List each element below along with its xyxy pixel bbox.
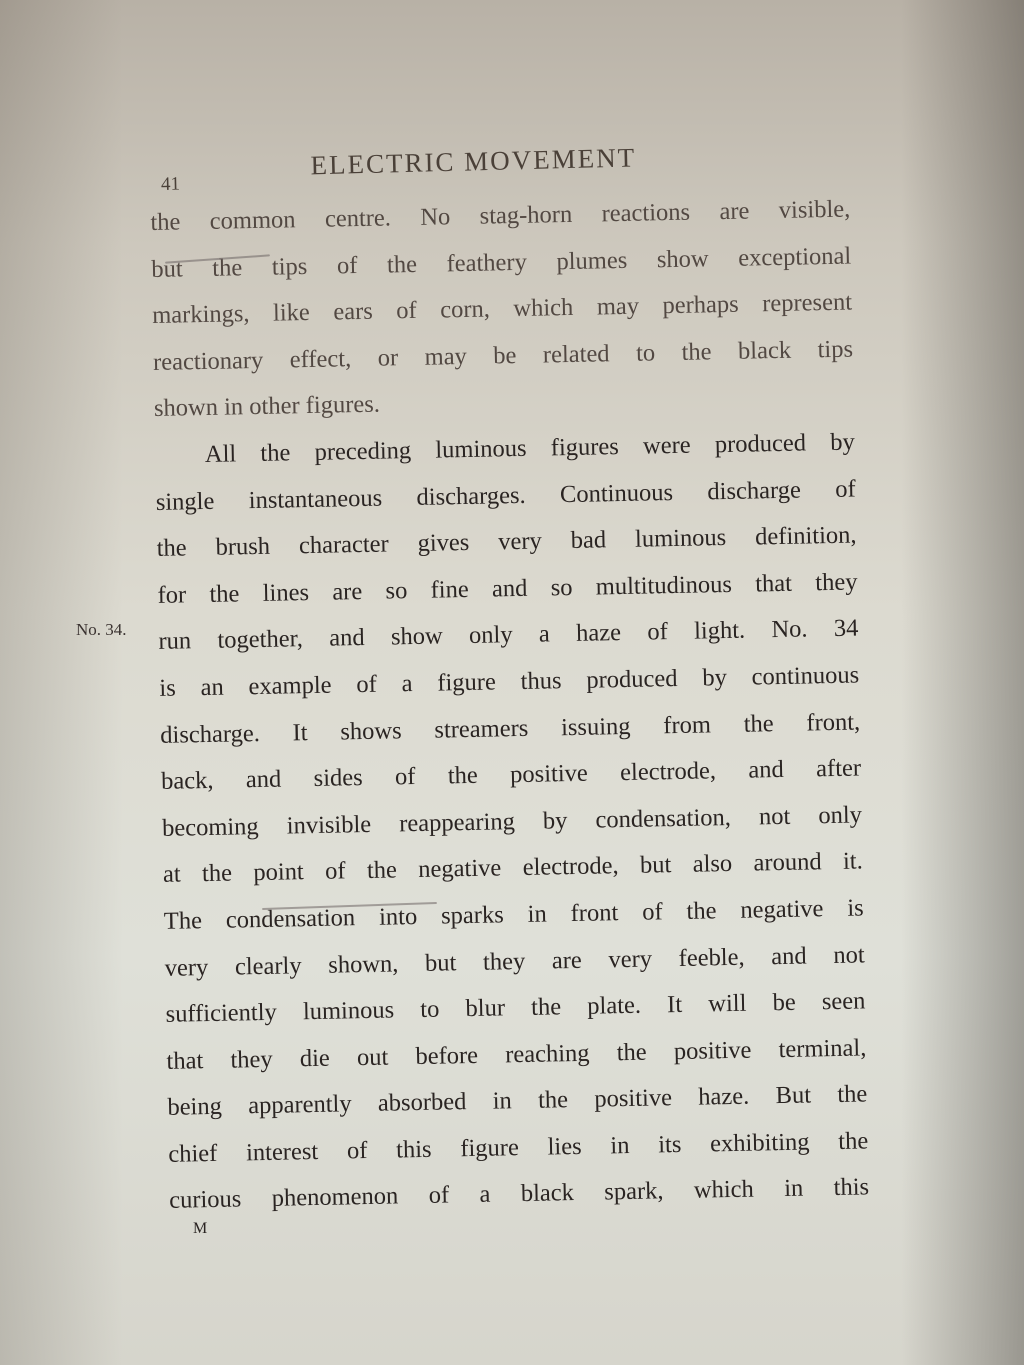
word: figures	[550, 424, 619, 472]
word: only	[469, 612, 513, 659]
word: represent	[762, 280, 853, 328]
word: lies	[547, 1124, 582, 1171]
word: tips	[817, 326, 853, 373]
word: electrode,	[620, 748, 717, 796]
word: of	[647, 609, 668, 656]
word: invisible	[286, 802, 371, 850]
word: in	[527, 891, 547, 938]
word: a	[479, 1172, 491, 1219]
word: brush	[215, 524, 270, 572]
word: 34	[833, 606, 858, 653]
word: this	[396, 1127, 432, 1174]
word: All	[204, 431, 236, 478]
body-text: thecommoncentre.Nostag-hornreactionsarev…	[150, 187, 870, 1225]
word: be	[493, 333, 517, 380]
word: reactionary	[153, 338, 264, 387]
word: definition,	[755, 513, 857, 562]
word: haze	[576, 610, 622, 657]
word: sufficiently	[165, 990, 277, 1039]
word: they	[230, 1036, 273, 1083]
word: terminal,	[778, 1025, 867, 1073]
word: or	[377, 335, 398, 382]
word: from	[663, 702, 712, 749]
word: in	[492, 1079, 512, 1126]
word: black	[520, 1171, 574, 1219]
word: common	[209, 197, 296, 245]
word: ears	[333, 289, 373, 336]
word: luminous	[302, 988, 394, 1036]
word: continuous	[751, 652, 859, 701]
word: but	[151, 246, 183, 293]
word: negative	[740, 886, 824, 934]
word: blur	[465, 985, 505, 1032]
word: of	[347, 1128, 368, 1175]
word: centre.	[324, 195, 391, 243]
text-fragment: shown in other figures.	[154, 382, 381, 433]
word: that	[755, 561, 793, 608]
word: issuing	[561, 703, 631, 751]
word: discharges.	[416, 472, 526, 521]
word: of	[642, 889, 663, 936]
word: not	[759, 794, 791, 841]
signature-mark: M	[193, 1220, 207, 1238]
word: haze.	[698, 1074, 750, 1122]
word: back,	[161, 758, 214, 806]
word: by	[702, 655, 727, 702]
word: which	[513, 285, 574, 333]
word: curious	[169, 1177, 242, 1225]
word: a	[538, 612, 550, 659]
word: character	[299, 522, 390, 570]
word: electrode,	[522, 843, 619, 891]
word: produced	[586, 656, 678, 704]
word: effect,	[289, 336, 351, 384]
word: by	[542, 798, 567, 845]
word: the	[838, 1118, 869, 1165]
word: reappearing	[399, 799, 515, 848]
word: plate.	[587, 983, 642, 1031]
word: so	[385, 568, 408, 615]
word: die	[299, 1035, 330, 1082]
word: so	[550, 565, 573, 612]
word: sparks	[441, 892, 504, 940]
word: front	[570, 890, 619, 937]
word: are	[719, 188, 750, 235]
word: interest	[246, 1129, 319, 1177]
word: related	[542, 331, 610, 379]
word: No.	[771, 607, 808, 654]
word: before	[415, 1033, 478, 1081]
word: a	[401, 661, 413, 708]
word: of	[835, 466, 856, 513]
word: the	[212, 245, 243, 292]
word: It	[667, 982, 683, 1029]
word: discharge	[707, 467, 801, 515]
word: very	[608, 936, 652, 983]
page-header: 41 ELECTRIC MOVEMENT	[160, 129, 840, 146]
word: an	[200, 665, 224, 712]
word: like	[273, 290, 311, 337]
word: markings,	[152, 291, 250, 339]
word: the	[209, 571, 240, 618]
running-head: ELECTRIC MOVEMENT	[310, 142, 636, 181]
word: spark,	[604, 1169, 664, 1217]
word: and	[748, 747, 784, 794]
word: condensation,	[595, 795, 731, 844]
word: chief	[168, 1131, 218, 1179]
word: show	[656, 236, 709, 284]
marginal-figure-note: No. 34.	[76, 620, 127, 640]
word: this	[833, 1165, 869, 1212]
word: exceptional	[738, 233, 852, 282]
word: the	[367, 848, 398, 895]
word: around	[753, 840, 822, 888]
word: it.	[843, 839, 864, 886]
word: is	[159, 666, 176, 713]
word: tips	[271, 244, 307, 291]
word: its	[658, 1122, 682, 1169]
word: exhibiting	[710, 1119, 810, 1167]
word: It	[292, 710, 308, 757]
word: positive	[673, 1027, 751, 1075]
word: positive	[510, 751, 588, 799]
word: be	[772, 980, 796, 1027]
word: becoming	[162, 804, 260, 852]
word: by	[830, 419, 855, 466]
word: not	[833, 932, 865, 979]
word: single	[155, 478, 214, 526]
word: condensation	[225, 895, 355, 944]
word: very	[164, 945, 208, 992]
word: perhaps	[662, 282, 739, 330]
word: very	[498, 519, 542, 566]
word: the	[681, 329, 712, 376]
word: in	[610, 1123, 630, 1170]
word: plumes	[556, 237, 628, 285]
word: apparently	[248, 1082, 352, 1131]
word: clearly	[235, 943, 303, 991]
word: the	[150, 199, 181, 246]
word: feeble,	[678, 934, 745, 982]
word: but	[640, 842, 672, 889]
word: the	[616, 1029, 647, 1076]
word: may	[424, 334, 467, 381]
word: the	[531, 984, 562, 1031]
word: run	[158, 619, 192, 666]
word: The	[163, 898, 202, 945]
word: corn,	[440, 287, 491, 335]
word: for	[157, 572, 186, 619]
word: visible,	[778, 187, 850, 235]
book-page: 41 ELECTRIC MOVEMENT thecommoncentre.Nos…	[0, 0, 1024, 1365]
word: light.	[694, 608, 746, 656]
word: of	[395, 754, 416, 801]
word: being	[167, 1084, 222, 1132]
word: together,	[217, 616, 303, 664]
word: of	[356, 662, 377, 709]
word: streamers	[434, 705, 529, 753]
page-number: 41	[161, 174, 181, 196]
word: black	[738, 328, 792, 376]
word: out	[357, 1034, 389, 1081]
word: into	[379, 894, 418, 941]
word: and	[771, 933, 807, 980]
word: and	[492, 566, 528, 613]
word: are	[332, 569, 363, 616]
word: may	[596, 284, 639, 331]
word: No	[420, 194, 451, 241]
word: shown,	[328, 941, 399, 989]
word: shows	[340, 708, 402, 756]
word: to	[636, 330, 656, 377]
word: produced	[714, 420, 806, 468]
word: Continuous	[560, 470, 674, 519]
word: phenomenon	[271, 1174, 398, 1223]
word: reactions	[601, 190, 690, 238]
word: seen	[821, 979, 865, 1026]
word: the	[447, 753, 478, 800]
word: feathery	[446, 239, 527, 287]
word: stag-horn	[479, 192, 572, 240]
word: discharge.	[160, 711, 260, 759]
word: luminous	[635, 515, 727, 563]
word: which	[693, 1167, 754, 1215]
word: positive	[594, 1075, 672, 1123]
word: thus	[520, 658, 562, 705]
word: the	[837, 1072, 868, 1119]
word: only	[818, 792, 862, 839]
word: show	[391, 614, 444, 662]
word: lines	[262, 570, 309, 617]
word: fine	[430, 567, 469, 614]
word: and	[245, 757, 281, 804]
word: the	[260, 430, 291, 477]
word: figure	[460, 1125, 519, 1173]
word: multitudinous	[595, 562, 732, 611]
word: gives	[417, 520, 470, 568]
word: will	[708, 981, 747, 1028]
word: sides	[313, 755, 363, 803]
word: the	[743, 701, 774, 748]
word: in	[784, 1166, 804, 1213]
word: the	[202, 851, 233, 898]
word: but	[425, 940, 457, 987]
word: the	[387, 241, 418, 288]
word: to	[420, 987, 440, 1034]
word: preceding	[314, 428, 411, 476]
word: they	[483, 938, 526, 985]
word: bad	[570, 517, 606, 564]
word: were	[643, 423, 691, 470]
word: are	[551, 937, 582, 984]
word: figure	[437, 659, 496, 707]
word: the	[538, 1077, 569, 1124]
word: of	[396, 288, 417, 335]
word: absorbed	[377, 1079, 466, 1127]
word: of	[336, 243, 357, 290]
word: front,	[806, 699, 861, 747]
word: luminous	[435, 426, 527, 474]
word: point	[253, 849, 304, 897]
word: negative	[418, 846, 502, 894]
word: of	[428, 1173, 449, 1220]
word: of	[325, 849, 346, 896]
word: example	[248, 663, 332, 711]
word: is	[847, 885, 864, 932]
word: at	[163, 852, 182, 899]
word: instantaneous	[248, 475, 382, 524]
word: the	[686, 888, 717, 935]
word: and	[329, 615, 365, 662]
word: also	[692, 841, 732, 888]
word: But	[775, 1073, 811, 1120]
word: reaching	[505, 1030, 590, 1078]
word: the	[156, 526, 187, 573]
word: after	[816, 746, 862, 793]
word: they	[815, 559, 858, 606]
word: that	[166, 1038, 204, 1085]
